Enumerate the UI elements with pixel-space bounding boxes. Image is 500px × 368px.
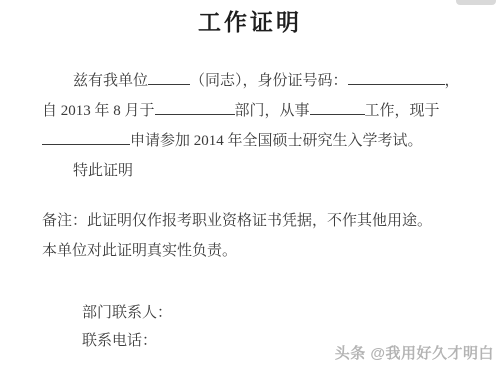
notes-section: 备注：此证明仅作报考职业资格证书凭据，不作其他用途。 本单位对此证明真实性负责。	[42, 206, 474, 266]
paragraph-line-3: 申请参加 2014 年全国硕士研究生入学考试。	[42, 126, 474, 156]
blank-exam-location	[42, 130, 130, 145]
blank-company-name	[148, 70, 190, 85]
blank-id-number	[348, 70, 445, 85]
para-text: 自 2013 年 8 月于	[42, 103, 155, 119]
closing-statement: 特此证明	[42, 156, 474, 186]
contact-person-label: 部门联系人：	[42, 299, 474, 327]
para-text: ，	[445, 73, 460, 89]
blank-department	[155, 100, 235, 115]
certificate-paragraph: 兹有我单位（同志），身份证号码：， 自 2013 年 8 月于部门，从事工作，现…	[42, 66, 474, 186]
note-line-2: 本单位对此证明真实性负责。	[42, 236, 474, 266]
para-text: 兹有我单位	[73, 73, 148, 89]
certificate-body: 兹有我单位（同志），身份证号码：， 自 2013 年 8 月于部门，从事工作，现…	[42, 66, 474, 355]
toutiao-watermark: 头条 @我用好久才明白	[335, 342, 494, 363]
para-text: 申请参加 2014 年全国硕士研究生入学考试。	[130, 133, 423, 149]
paragraph-line-1: 兹有我单位（同志），身份证号码：，	[42, 66, 474, 96]
blank-job-title	[310, 100, 365, 115]
paragraph-line-2: 自 2013 年 8 月于部门，从事工作，现于	[42, 96, 474, 126]
work-certificate-document: 工作证明 兹有我单位（同志），身份证号码：， 自 2013 年 8 月于部门，从…	[0, 0, 500, 368]
page-title: 工作证明	[0, 4, 500, 37]
para-text: 部门，从事	[235, 103, 310, 119]
note-line-1: 备注：此证明仅作报考职业资格证书凭据，不作其他用途。	[42, 206, 474, 236]
para-text: 工作，现于	[365, 103, 440, 119]
para-text: （同志），身份证号码：	[190, 73, 348, 89]
